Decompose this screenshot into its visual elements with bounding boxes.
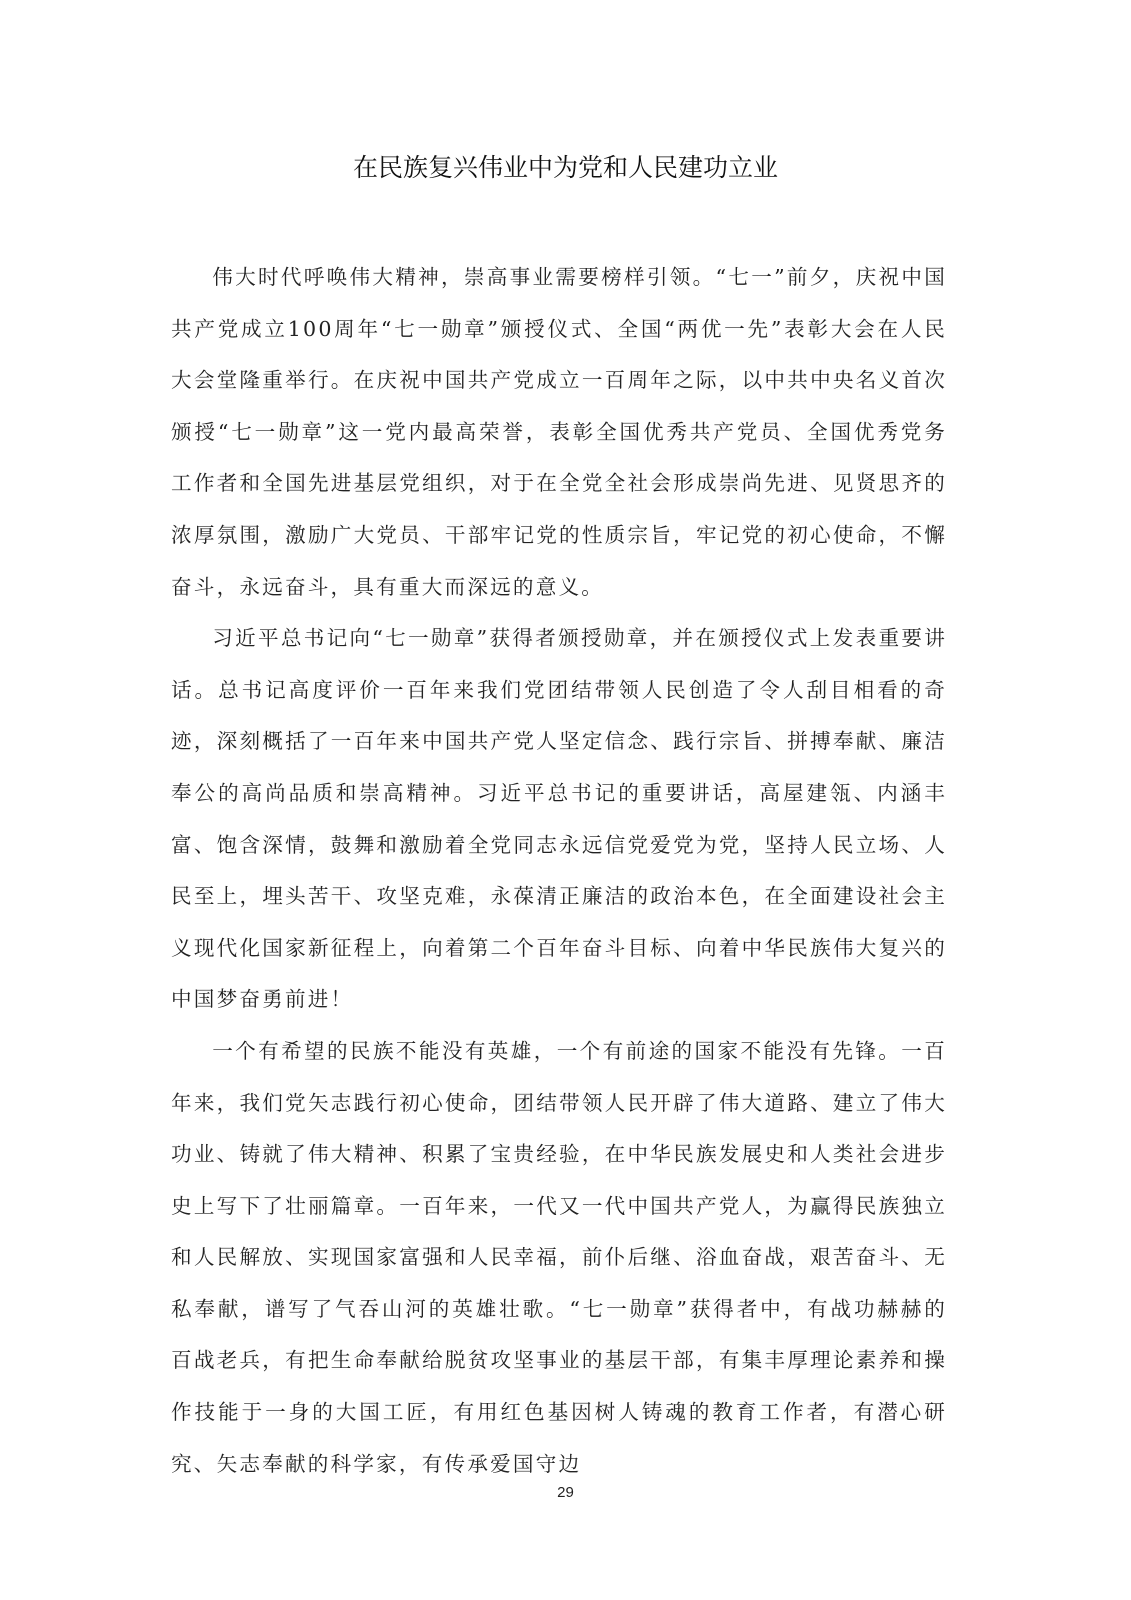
document-body: 伟大时代呼唤伟大精神，崇高事业需要榜样引领。“七一”前夕，庆祝中国共产党成立10… [171,252,947,1490]
paragraph: 习近平总书记向“七一勋章”获得者颁授勋章，并在颁授仪式上发表重要讲话。总书记高度… [171,613,947,1026]
document-title: 在民族复兴伟业中为党和人民建功立业 [0,148,1131,188]
document-page: 在民族复兴伟业中为党和人民建功立业 伟大时代呼唤伟大精神，崇高事业需要榜样引领。… [0,0,1131,1600]
paragraph: 伟大时代呼唤伟大精神，崇高事业需要榜样引领。“七一”前夕，庆祝中国共产党成立10… [171,252,947,613]
page-number: 29 [0,1483,1131,1503]
paragraph: 一个有希望的民族不能没有英雄，一个有前途的国家不能没有先锋。一百年来，我们党矢志… [171,1026,947,1490]
